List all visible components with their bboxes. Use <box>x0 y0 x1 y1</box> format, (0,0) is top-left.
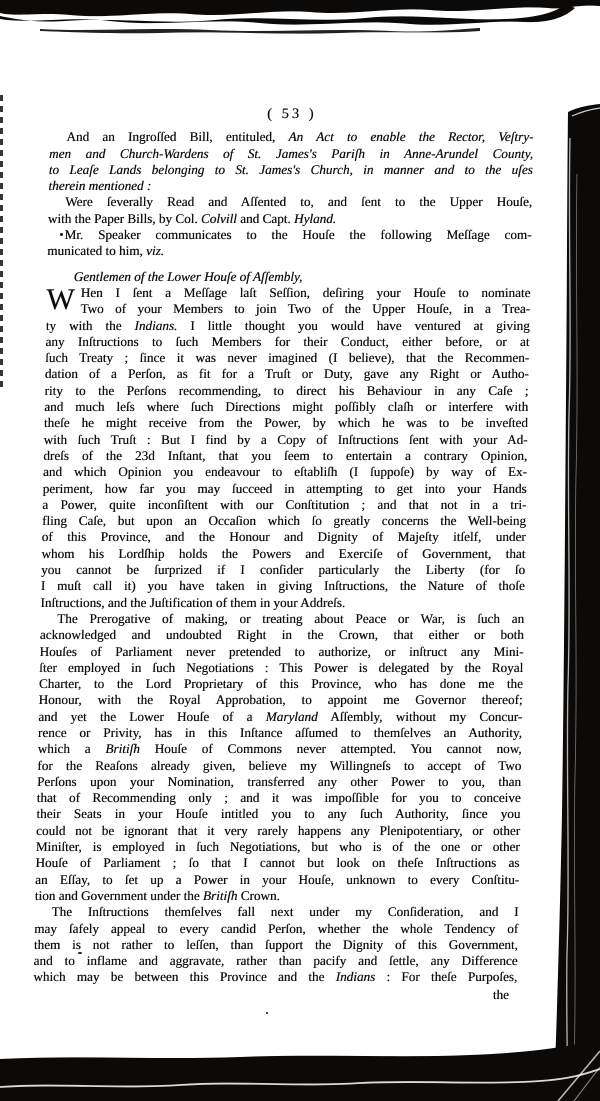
text-segment: you cannot be ſurprized if I conſider pa… <box>41 562 525 577</box>
left-page-edge-artifact <box>0 95 3 390</box>
text-segment: whom his Lordſhip holds the Powers and E… <box>41 546 525 561</box>
text-line: rity to the Perſons recommending, to dir… <box>44 383 528 399</box>
text-segment: Hen I ſent a Meſſage laſt Seſſion, deſir… <box>81 285 531 300</box>
text-line: Were ſeverally Read and Aſſented to, and… <box>48 194 532 210</box>
text-segment: Inſtructions, and the Juſtification of t… <box>40 595 345 610</box>
text-segment: them is not rather to leſſen, than ſuppo… <box>34 937 518 952</box>
drop-cap-letter: W <box>46 285 81 317</box>
text-line: could not be ignorant that it very rarel… <box>36 823 520 839</box>
text-line: Houſe of Parliament ; ſo that I cannot b… <box>35 855 519 871</box>
paragraph-container: And an Ingroſſed Bill, entituled, An Act… <box>33 129 533 985</box>
text-line: I muſt call it) you have taken in giving… <box>41 578 525 594</box>
text-segment: Were ſeverally Read and Aſſented to, and… <box>65 194 532 209</box>
text-segment: I little thought you would have ventured… <box>177 318 530 333</box>
text-segment: may ſafely appeal to every candid Perſon… <box>34 921 518 936</box>
text-segment: Houſe of Parliament ; ſo that I cannot b… <box>35 855 519 870</box>
text-segment: Perſons upon your Nomination, transferre… <box>37 774 521 789</box>
bottom-page-edge-artifact <box>0 1023 600 1101</box>
paragraph: Gentlemen of the Lower Houſe of Aſſembly… <box>47 269 531 285</box>
text-segment: The Inſtructions themſelves fall next un… <box>51 904 518 919</box>
text-line: therein mentioned : <box>48 178 532 194</box>
text-line: tion and Government under the Britiſh Cr… <box>35 888 519 904</box>
text-line: theſe he might receive from the Power, b… <box>44 415 528 431</box>
text-segment: with ſuch Truſt : But I find by a Copy o… <box>43 432 527 447</box>
text-segment: Colvill <box>201 211 237 226</box>
text-line: And an Ingroſſed Bill, entituled, An Act… <box>49 129 533 145</box>
right-page-edge-artifact <box>552 104 600 1101</box>
text-segment: and much leſs where ſuch Directions migh… <box>44 399 528 414</box>
text-segment: Maryland <box>266 709 318 724</box>
text-line: and yet the Lower Houſe of a Maryland Aſ… <box>38 709 522 725</box>
text-line: for the Reaſons already given, believe m… <box>37 758 521 774</box>
text-line: dation of a Perſon, as fit for a Truſt o… <box>45 366 529 382</box>
paragraph: And an Ingroſſed Bill, entituled, An Act… <box>48 129 533 194</box>
text-segment: theſe he might receive from the Power, b… <box>44 415 528 430</box>
text-segment: Britiſh <box>203 888 238 903</box>
text-line: that of Recommending only ; and it was i… <box>37 790 521 806</box>
text-line: any Inſtructions to ſuch Members for the… <box>45 334 529 350</box>
text-segment: any Inſtructions to ſuch Members for the… <box>45 334 529 349</box>
text-line: which may be between this Province and t… <box>33 969 517 985</box>
text-line: Gentlemen of the Lower Houſe of Aſſembly… <box>74 269 531 285</box>
text-line: of this Province, and the Honour and Dig… <box>42 529 526 545</box>
text-segment: and Capt. <box>237 211 294 226</box>
text-line: with ſuch Truſt : But I find by a Copy o… <box>43 432 527 448</box>
text-segment: Houſes of Parliament never pretended to … <box>39 644 523 659</box>
text-line: Miniſter, is employed in ſuch Negotiatio… <box>36 839 520 855</box>
text-segment: Two of your Members to join Two of the U… <box>80 301 530 316</box>
text-segment: rence or Privity, has in this Inſtance a… <box>38 725 522 740</box>
text-segment: Miniſter, is employed in ſuch Negotiatio… <box>36 839 520 854</box>
text-segment: municated to him, <box>47 243 146 258</box>
text-line: their Seats in your Houſe intitled you t… <box>36 806 520 822</box>
text-segment: Mr. Speaker communicates to the Houſe th… <box>64 227 531 242</box>
text-segment: and which Opinion you endeavour to eſtab… <box>43 464 527 479</box>
text-segment: Indians. <box>134 318 177 333</box>
text-segment: The Prerogative of making, or treating a… <box>57 611 524 626</box>
top-page-edge-artifact <box>0 0 600 48</box>
paragraph: The Prerogative of making, or treating a… <box>35 611 525 904</box>
text-line: and which Opinion you endeavour to eſtab… <box>43 464 527 480</box>
text-segment: which a <box>38 741 106 756</box>
text-segment: viz. <box>146 243 164 258</box>
text-segment: Crown. <box>237 888 280 903</box>
text-line: periment, how far you may ſucceed in att… <box>42 481 526 497</box>
text-segment: acknowledged and undoubted Right in the … <box>40 627 524 642</box>
text-line: Hen I ſent a Meſſage laſt Seſſion, deſir… <box>46 285 530 301</box>
text-segment: And an Ingroſſed Bill, entituled, <box>66 129 288 144</box>
text-line: and to inflame and aggravate, rather tha… <box>33 953 517 969</box>
text-segment: ſter employed in ſuch Negotiations : Thi… <box>39 660 523 675</box>
text-line: and much leſs where ſuch Directions migh… <box>44 399 528 415</box>
text-segment: tion and Government under the <box>35 888 203 903</box>
text-line: Inſtructions, and the Juſtification of t… <box>40 595 524 611</box>
text-line: The Prerogative of making, or treating a… <box>40 611 524 627</box>
text-segment: with the Paper Bills, by Col. <box>48 211 201 226</box>
text-segment: : For theſe Purpoſes, <box>375 969 517 984</box>
text-segment: and yet the Lower Houſe of a <box>38 709 266 724</box>
ink-speck <box>266 1012 268 1014</box>
text-segment: Indians <box>336 969 376 984</box>
catchword: the <box>33 987 517 1003</box>
text-line: Two of your Members to join Two of the U… <box>46 301 530 317</box>
paragraph: WHen I ſent a Meſſage laſt Seſſion, deſi… <box>40 285 530 611</box>
text-line: men and Church-Wardens of St. James's Pa… <box>49 146 533 162</box>
text-segment: Britiſh <box>105 741 140 756</box>
text-line: fling Caſe, but upon an Occaſion which ſ… <box>42 513 526 529</box>
text-segment: periment, how far you may ſucceed in att… <box>43 481 527 496</box>
text-segment: could not be ignorant that it very rarel… <box>36 823 520 838</box>
text-line: which a Britiſh Houſe of Commons never a… <box>37 741 521 757</box>
text-segment: Houſe of Commons never attempted. You ca… <box>140 741 522 756</box>
text-line: whom his Lordſhip holds the Powers and E… <box>41 546 525 562</box>
text-block: ( 53 ) And an Ingroſſed Bill, entituled,… <box>33 106 534 1003</box>
text-segment: Honour, with the Royal Approbation, to a… <box>38 692 522 707</box>
text-segment: and to inflame and aggravate, rather tha… <box>33 953 517 968</box>
paragraph: Mr. Speaker communicates to the Houſe th… <box>47 227 532 260</box>
text-line: The Inſtructions themſelves fall next un… <box>34 904 518 920</box>
paragraph: Were ſeverally Read and Aſſented to, and… <box>48 194 533 227</box>
text-segment: therein mentioned : <box>48 178 151 193</box>
text-segment: rity to the Perſons recommending, to dir… <box>44 383 528 398</box>
text-segment: a Power, quite inconſiſtent with our Con… <box>42 497 526 512</box>
text-line: Houſes of Parliament never pretended to … <box>39 644 523 660</box>
scanned-page: ( 53 ) And an Ingroſſed Bill, entituled,… <box>0 0 600 1101</box>
text-line: them is not rather to leſſen, than ſuppo… <box>34 937 518 953</box>
paragraph: The Inſtructions themſelves fall next un… <box>33 904 519 985</box>
text-segment: for the Reaſons already given, believe m… <box>37 758 521 773</box>
text-line: may ſafely appeal to every candid Perſon… <box>34 921 518 937</box>
page-number: ( 53 ) <box>50 106 534 122</box>
text-segment: dation of a Perſon, as fit for a Truſt o… <box>45 366 529 381</box>
text-segment: Gentlemen of the Lower Houſe of Aſſembly… <box>74 269 303 284</box>
text-line: an Eſſay, to ſet up a Power in your Houſ… <box>35 872 519 888</box>
text-segment: that of Recommending only ; and it was i… <box>37 790 521 805</box>
text-line: a Power, quite inconſiſtent with our Con… <box>42 497 526 513</box>
text-segment: dreſs of the 23d Inſtant, that you ſeem … <box>43 448 527 463</box>
text-line: with the Paper Bills, by Col. Colvill an… <box>48 211 532 227</box>
text-segment: their Seats in your Houſe intitled you t… <box>36 806 520 821</box>
text-line: municated to him, viz. <box>47 243 531 259</box>
text-line: dreſs of the 23d Inſtant, that you ſeem … <box>43 448 527 464</box>
text-line: Perſons upon your Nomination, transferre… <box>37 774 521 790</box>
text-segment: an Eſſay, to ſet up a Power in your Houſ… <box>35 872 519 887</box>
text-line: you cannot be ſurprized if I conſider pa… <box>41 562 525 578</box>
text-segment: An Act to enable the Rector, Veſtry- <box>288 129 533 144</box>
text-segment: which may be between this Province and t… <box>33 969 336 984</box>
text-line: Mr. Speaker communicates to the Houſe th… <box>47 227 531 243</box>
text-segment: to Leaſe Lands belonging to St. James's … <box>49 162 533 177</box>
text-segment: ſuch Treaty ; ſince it was never imagine… <box>45 350 529 365</box>
text-segment: Aſſembly, without my Concur- <box>318 709 523 724</box>
text-segment: men and Church-Wardens of St. James's Pa… <box>49 146 533 161</box>
text-segment: fling Caſe, but upon an Occaſion which ſ… <box>42 513 526 528</box>
text-line: to Leaſe Lands belonging to St. James's … <box>49 162 533 178</box>
text-segment: ty with the <box>46 318 135 333</box>
text-line: ty with the Indians. I little thought yo… <box>46 318 530 334</box>
text-line: ſuch Treaty ; ſince it was never imagine… <box>45 350 529 366</box>
text-segment: Hyland. <box>294 211 336 226</box>
text-line: Honour, with the Royal Approbation, to a… <box>38 692 522 708</box>
text-line: ſter employed in ſuch Negotiations : Thi… <box>39 660 523 676</box>
text-segment: of this Province, and the Honour and Dig… <box>42 529 526 544</box>
text-segment: I muſt call it) you have taken in giving… <box>41 578 525 593</box>
text-line: Charter, to the Lord Proprietary of this… <box>39 676 523 692</box>
text-line: rence or Privity, has in this Inſtance a… <box>38 725 522 741</box>
text-segment: Charter, to the Lord Proprietary of this… <box>39 676 523 691</box>
text-line: acknowledged and undoubted Right in the … <box>40 627 524 643</box>
